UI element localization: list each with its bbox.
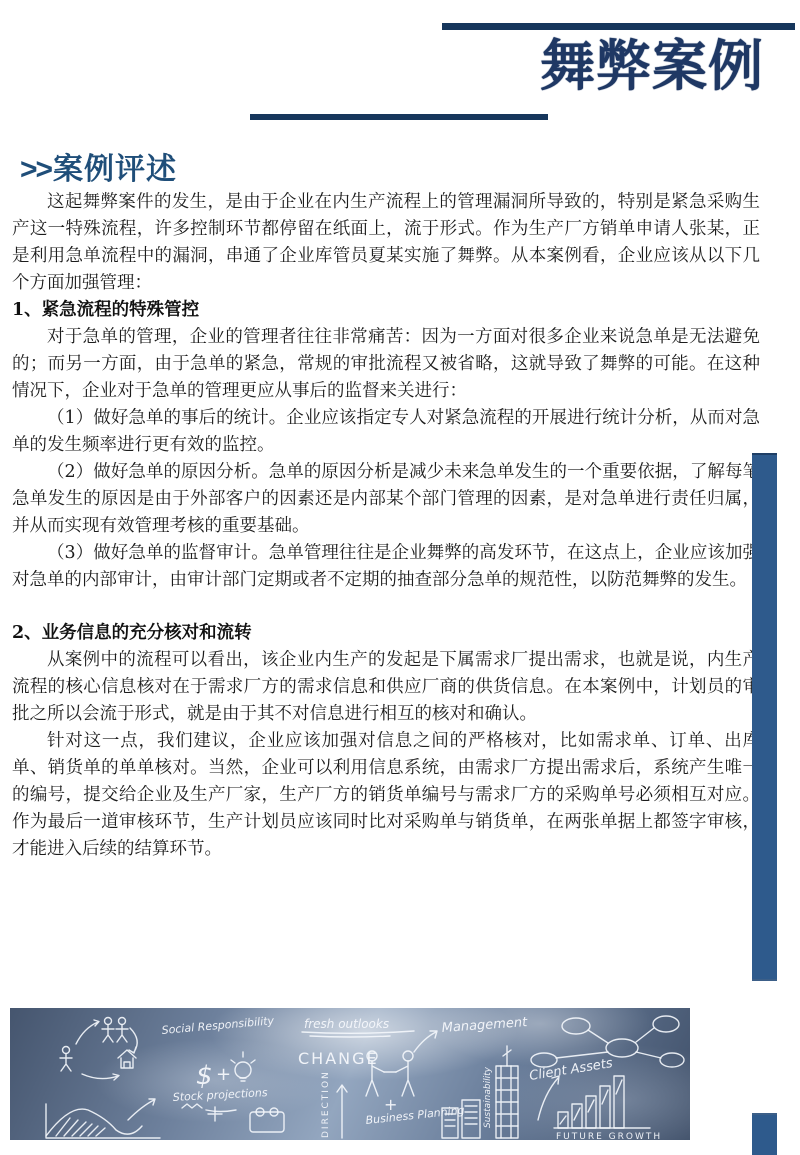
fresh-outlooks-doodle: fresh outlooks: [302, 1017, 414, 1037]
section-1-paragraph: （1）做好急单的事后的统计。企业应该指定专人对紧急流程的开展进行统计分析，从而对…: [12, 405, 760, 459]
stock-projections-doodle: Stock projections: [172, 1086, 268, 1111]
chalkboard-business-sketch-image: Social Responsibility $ + fresh outlooks…: [10, 1008, 690, 1140]
label-stock-projections: Stock projections: [172, 1086, 268, 1104]
section-1-paragraph: （3）做好急单的监督审计。急单管理往往是企业舞弊的高发环节，在这点上，企业应该加…: [12, 540, 760, 594]
label-fresh-outlooks: fresh outlooks: [304, 1017, 389, 1031]
label-client-assets: Client Assets: [528, 1056, 614, 1084]
section-heading: >>案例评述: [20, 144, 177, 188]
growth-bar-chart-doodle: FUTURE GROWTH: [538, 1076, 662, 1140]
intro-paragraph: 这起舞弊案件的发生，是由于企业在内生产流程上的管理漏洞所导致的，特别是紧急采购生…: [12, 189, 760, 297]
article-body: 这起舞弊案件的发生，是由于企业在内生产流程上的管理漏洞所导致的，特别是紧急采购生…: [12, 189, 760, 863]
svg-text:$: $: [196, 1061, 213, 1091]
city-doodle: Sustainability: [442, 1046, 518, 1138]
svg-text:+: +: [216, 1064, 231, 1085]
section-1-paragraph: （2）做好急单的原因分析。急单的原因分析是减少未来急单发生的一个重要依据，了解每…: [12, 459, 760, 540]
direction-doodle: DIRECTION: [321, 1070, 347, 1138]
label-future-growth: FUTURE GROWTH: [556, 1132, 662, 1140]
dollar-idea-doodle: $ +: [196, 1052, 255, 1091]
right-decor-bar-lower: [752, 1113, 777, 1155]
area-chart-doodle: [46, 1099, 160, 1138]
label-change: CHANGE: [298, 1049, 379, 1068]
label-direction: DIRECTION: [321, 1070, 331, 1138]
label-management: Management: [441, 1015, 528, 1036]
title-underline-bar: [250, 114, 548, 120]
label-business-planning: Business Planning: [365, 1104, 465, 1127]
chalk-doodles: Social Responsibility $ + fresh outlooks…: [10, 1008, 690, 1140]
page-title: 舞弊案例: [540, 36, 764, 96]
chevrons-icon: >>: [20, 153, 51, 186]
header-accent-bar: [442, 23, 795, 30]
section-2-paragraph: 针对这一点，我们建议，企业应该加强对信息之间的严格核对，比如需求单、订单、出库单…: [12, 728, 760, 863]
section-1-paragraph: 对于急单的管理，企业的管理者往往非常痛苦：因为一方面对很多企业来说急单是无法避免…: [12, 324, 760, 405]
section-2-heading: 2、业务信息的充分核对和流转: [12, 620, 760, 647]
handshake-doodle: +: [366, 1031, 437, 1114]
people-cycle-doodle: [60, 1018, 137, 1081]
section-heading-label: 案例评述: [53, 153, 177, 186]
section-2-paragraph: 从案例中的流程可以看出，该企业内生产的发起是下属需求厂提出需求，也就是说，内生产…: [12, 647, 760, 728]
label-sustainability: Sustainability: [483, 1066, 493, 1128]
section-1-heading: 1、紧急流程的特殊管控: [12, 297, 760, 324]
plus-puzzle-doodle: [208, 1107, 284, 1132]
right-decor-bar-upper: [752, 453, 777, 981]
label-social-responsibility: Social Responsibility: [161, 1014, 275, 1037]
